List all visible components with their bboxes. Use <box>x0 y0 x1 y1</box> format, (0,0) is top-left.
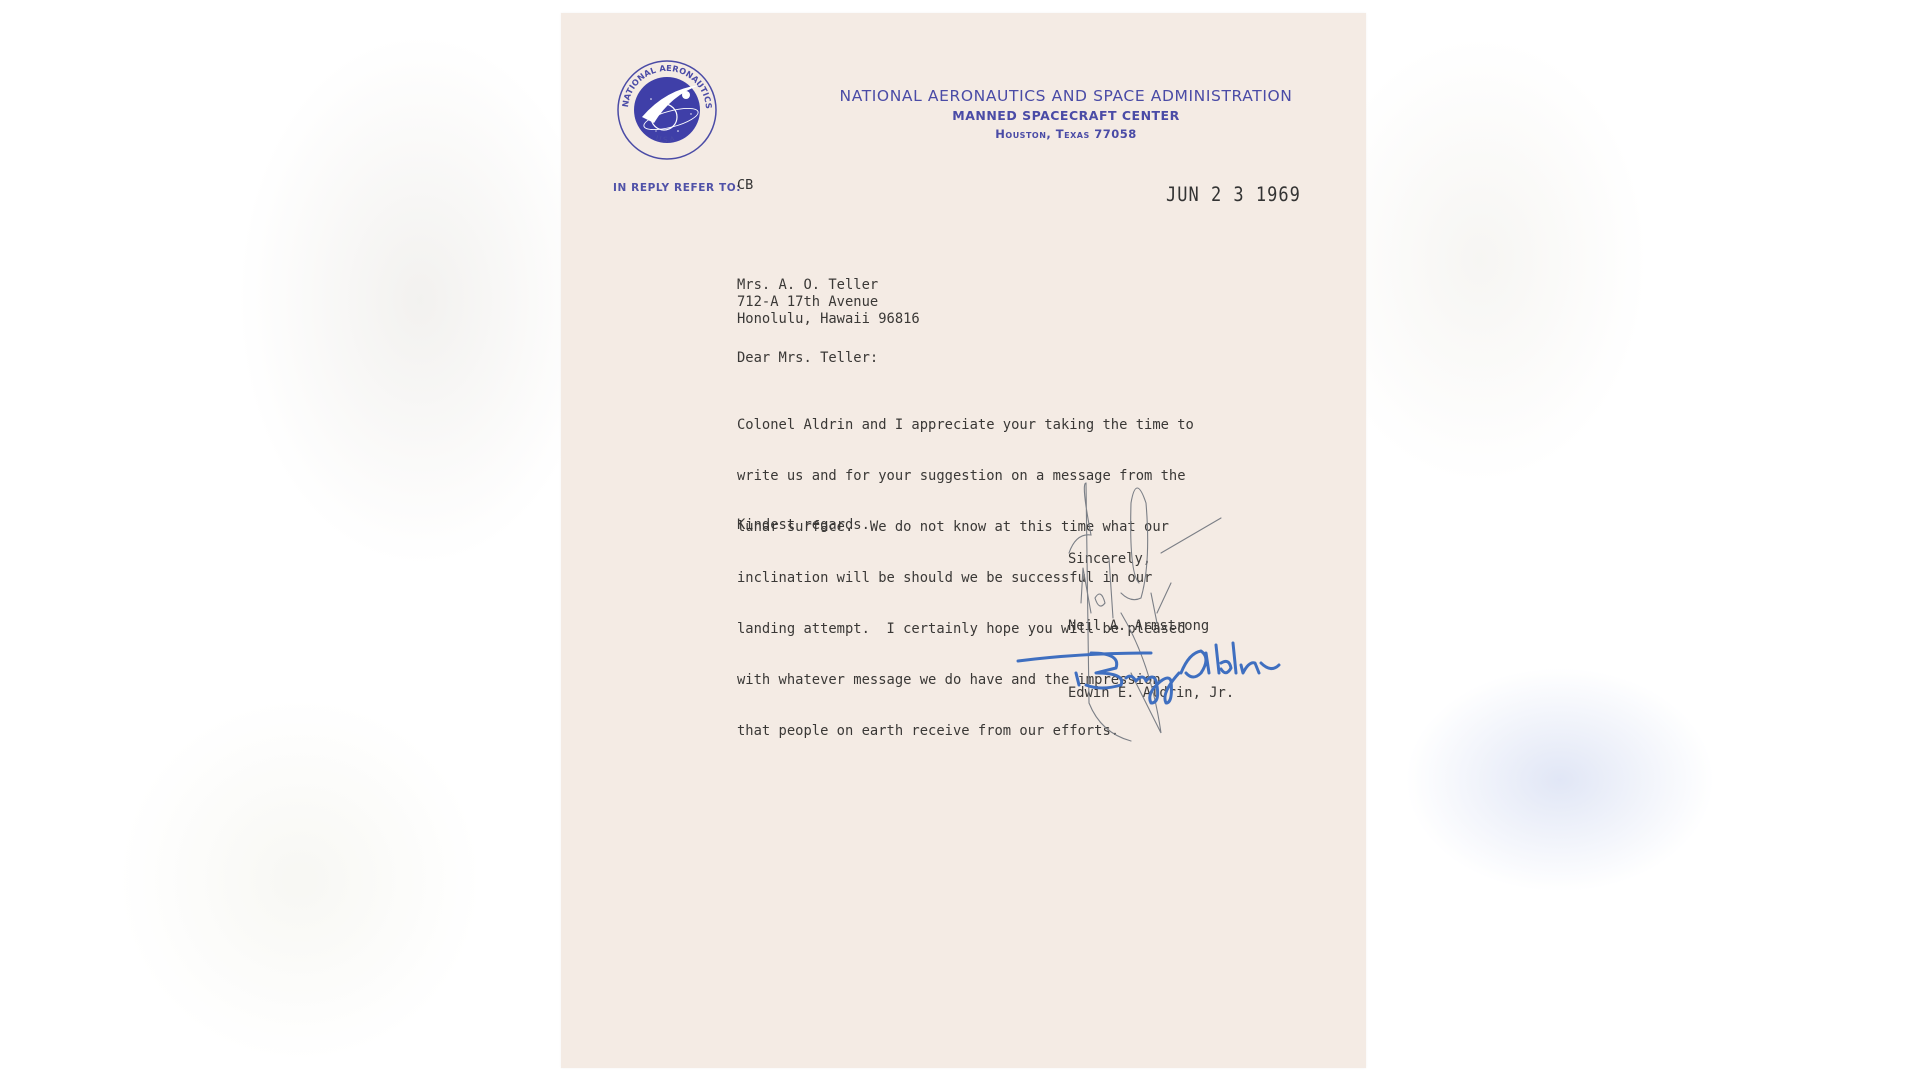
closing: Kindest regards. <box>737 517 870 534</box>
letterhead-address: Houston, Texas 77058 <box>716 127 1416 141</box>
reply-refer-code: CB <box>737 177 753 193</box>
body-line: Colonel Aldrin and I appreciate your tak… <box>737 417 1194 434</box>
nasa-seal-icon: NATIONAL AERONAUTICS AND SPACE ADMINISTR… <box>616 59 718 161</box>
body-line: write us and for your suggestion on a me… <box>737 468 1194 485</box>
letter-body: Colonel Aldrin and I appreciate your tak… <box>737 383 1194 774</box>
letterhead-center: MANNED SPACECRAFT CENTER <box>716 108 1416 123</box>
letterhead-agency: NATIONAL AERONAUTICS AND SPACE ADMINISTR… <box>716 87 1416 105</box>
date-stamp: JUN 2 3 1969 <box>1166 184 1301 207</box>
recipient-address: Mrs. A. O. Teller712-A 17th AvenueHonolu… <box>737 277 920 328</box>
recipient-street: 712-A 17th Avenue <box>737 294 920 311</box>
recipient-city: Honolulu, Hawaii 96816 <box>737 311 920 328</box>
body-line: that people on earth receive from our ef… <box>737 723 1194 740</box>
salutation: Dear Mrs. Teller: <box>737 350 878 367</box>
typed-name-aldrin: Edwin E. Aldrin, Jr. <box>1068 685 1234 701</box>
typed-name-armstrong: Neil A. Armstrong <box>1068 618 1209 634</box>
body-line: inclination will be should we be success… <box>737 570 1194 587</box>
recipient-name: Mrs. A. O. Teller <box>737 277 920 294</box>
sign-off: Sincerely, <box>1068 551 1151 567</box>
letter-page: NATIONAL AERONAUTICS AND SPACE ADMINISTR… <box>561 13 1366 1068</box>
reply-refer-label: IN REPLY REFER TO: <box>613 182 741 194</box>
